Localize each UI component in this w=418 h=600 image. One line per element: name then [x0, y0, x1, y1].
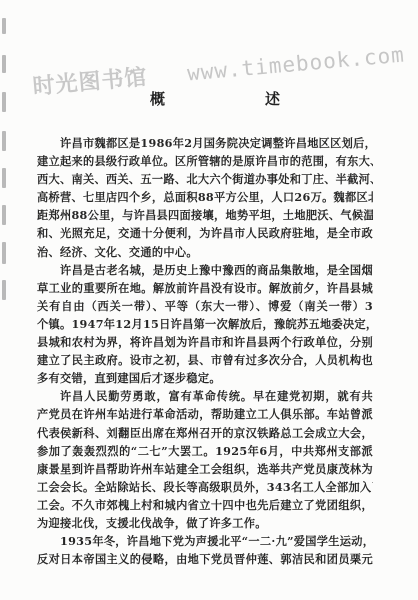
text-line: 康景星到许昌帮助许州车站建全工会组织，选举共产党员康茂林为	[37, 460, 373, 478]
text-line: 代表侯新科、刘翻臣出席在郑州召开的京汉铁路总工会成立大会，	[37, 424, 373, 442]
binding-mark	[2, 205, 6, 225]
text-line: 建立了民主政府。设市之初，县、市曾有过多次分合，人员机构也	[37, 351, 373, 369]
text-line: 参加了轰轰烈烈的“二七”大罢工。1925年6月，中共郑州支部派	[37, 442, 373, 460]
page-number: 1	[354, 554, 360, 565]
text-line: 1935年冬，许昌地下党为声援北平“一二·九”爱国学生运动，	[37, 532, 373, 550]
binding-mark	[2, 18, 6, 34]
text-line: 建立起来的县级行政单位。区所管辖的是原许昌市的范围，有东大、	[37, 152, 373, 170]
text-line: 工会会长。全站除站长、段长等高级职员外，343名工人全部加入了	[37, 478, 373, 496]
text-line: 许昌人民勤劳勇敢，富有革命传统。早在建党初期，就有共	[37, 387, 373, 405]
text-line: 关有自由（西关一带）、平等（东大一带）、博爱（南关一带）3	[37, 297, 373, 315]
binding-mark	[2, 242, 6, 264]
watermark-url: www.timebook.com	[186, 43, 406, 86]
text-line: 多有交错，直到建国后才逐步稳定。	[37, 369, 373, 387]
text-line: 西大、南关、西关、五一路、北大六个街道办事处和丁庄、半截河、	[37, 170, 373, 188]
text-line: 为迎接北伐，支援北伐战争，做了许多工作。	[37, 514, 373, 532]
body-text: 许昌市魏都区是1986年2月国务院决定调整许昌地区区划后， 建立起来的县级行政单…	[37, 134, 373, 568]
watermark-site-name: 时光图书馆	[32, 65, 149, 100]
text-line: 高桥营、七里店四个乡，总面积88平方公里，人口26万。魏都区北	[37, 188, 373, 206]
binding-mark	[2, 131, 6, 151]
text-line: 草工业的重要所在地。解放前许昌没有设市。解放前夕，许昌县城	[37, 279, 373, 297]
text-line: 反对日本帝国主义的侵略，由地下党员晋仲莲、郭洁民和团员栗元	[37, 550, 373, 568]
text-line: 许昌是古老名城，是历史上豫中豫西的商品集散地，是全国烟	[37, 261, 373, 279]
text-line: 个镇。1947年12月15日许昌第一次解放后，豫皖苏五地委决定，以	[37, 315, 373, 333]
chapter-title-char-2: 述	[265, 88, 280, 109]
binding-mark	[2, 55, 6, 73]
text-line: 距郑州88公里，与许昌县四面接壤，地势平坦，土地肥沃、气候温	[37, 206, 373, 224]
text-line: 县城和农村为界，将许昌划为许昌市和许昌县两个行政单位，分别	[37, 333, 373, 351]
chapter-title: 概 述	[150, 88, 280, 109]
chapter-title-char-1: 概	[150, 88, 165, 109]
text-line: 治、经济、文化、交通的中心。	[37, 243, 373, 261]
binding-mark	[2, 280, 6, 300]
binding-mark	[2, 168, 6, 188]
text-line: 许昌市魏都区是1986年2月国务院决定调整许昌地区区划后，	[37, 134, 373, 152]
binding-mark	[2, 92, 6, 112]
book-page: 时光图书馆www.timebook.com 概 述 许昌市魏都区是1986年2月…	[0, 0, 418, 600]
text-line: 产党员在许州车站进行革命活动，帮助建立工人俱乐部。车站曾派	[37, 405, 373, 423]
text-line: 工会。不久市郊槐上村和城内省立十四中也先后建立了党团组织，	[37, 496, 373, 514]
text-line: 和、光照充足，交通十分便利，为许昌市人民政府驻地，是全市政	[37, 224, 373, 242]
